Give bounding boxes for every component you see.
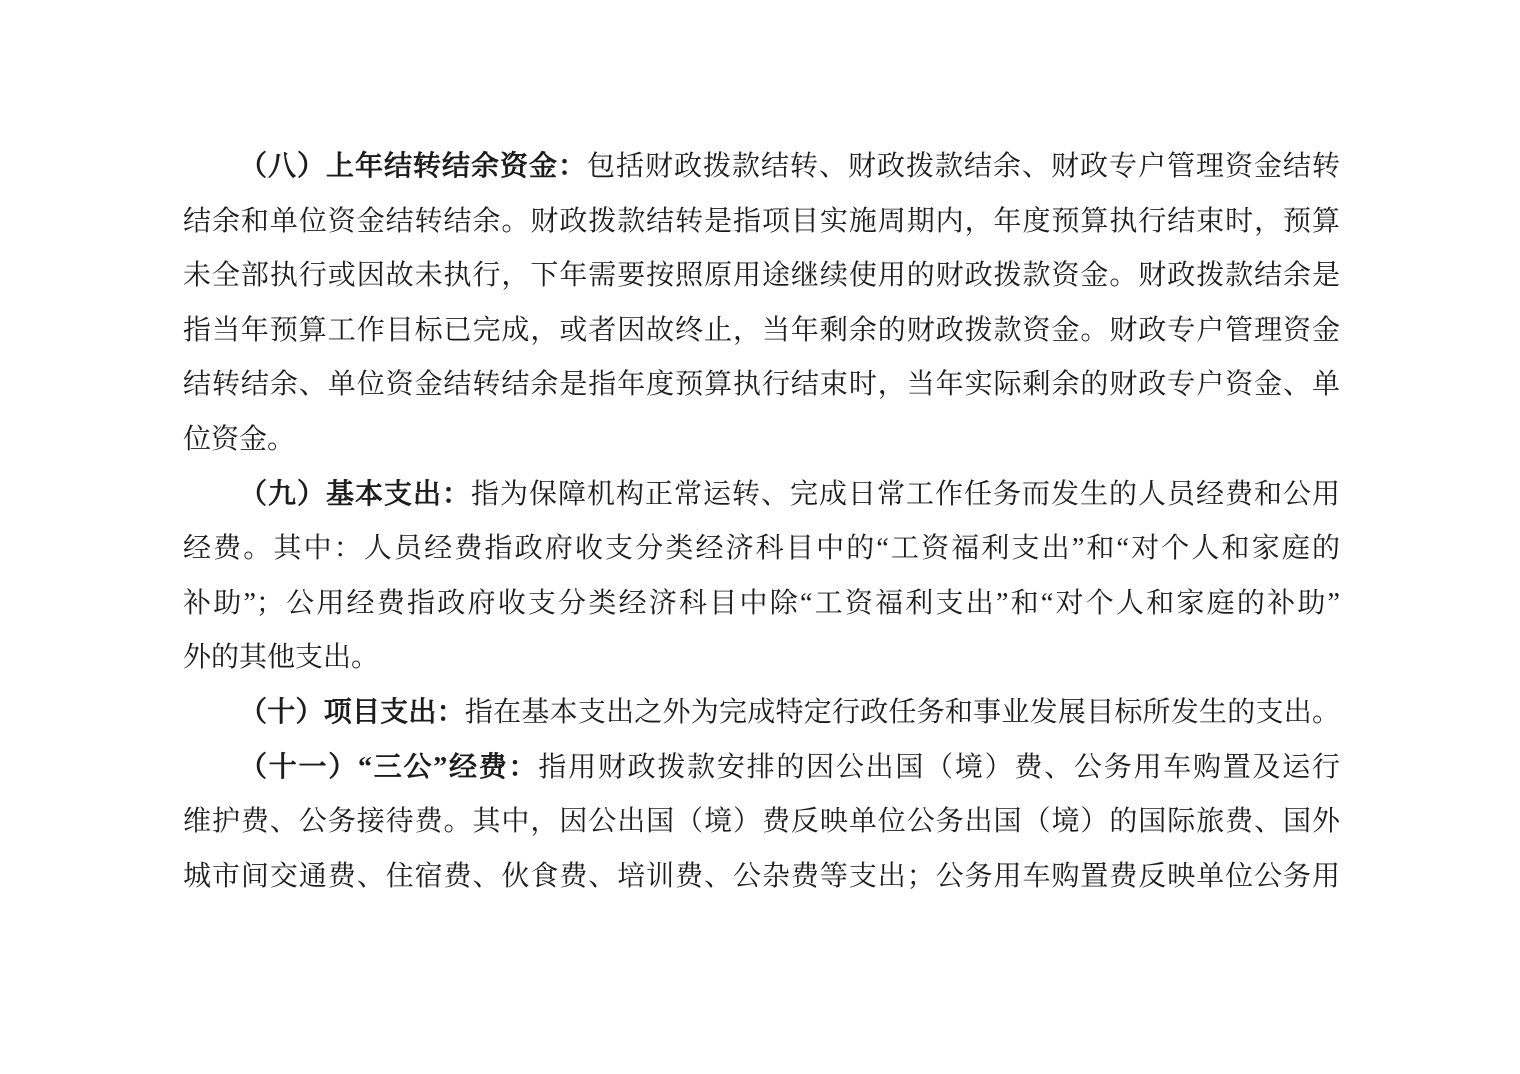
text-line-12: （十一）“三公”经费：指用财政拨款安排的因公出国（境）费、公务用车购置及运行	[183, 741, 1340, 796]
text-line-14: 城市间交通费、住宿费、伙食费、培训费、公杂费等支出；公务用车购置费反映单位公务用	[183, 850, 1340, 905]
paragraph-9-label: （九）基本支出：	[239, 479, 471, 510]
text-line-7: （九）基本支出：指为保障机构正常运转、完成日常工作任务而发生的人员经费和公用	[183, 468, 1340, 523]
text-line-6: 位资金。	[183, 413, 1340, 468]
paragraph-11-label: （十一）“三公”经费：	[239, 752, 538, 783]
text-line-10: 外的其他支出。	[183, 631, 1340, 686]
paragraph-8-label: （八）上年结转结余资金：	[239, 151, 587, 182]
text-line-3: 未全部执行或因故未执行，下年需要按照原用途继续使用的财政拨款资金。财政拨款结余是	[183, 249, 1340, 304]
text-line-1: （八）上年结转结余资金：包括财政拨款结转、财政拨款结余、财政专户管理资金结转	[183, 140, 1340, 195]
paragraph-9-body-line-1: 指为保障机构正常运转、完成日常工作任务而发生的人员经费和公用	[471, 479, 1340, 510]
text-line-4: 指当年预算工作目标已完成，或者因故终止，当年剩余的财政拨款资金。财政专户管理资金	[183, 304, 1340, 359]
paragraph-10-label: （十）项目支出：	[239, 697, 465, 728]
text-line-9: 补助”；公用经费指政府收支分类经济科目中除“工资福利支出”和“对个人和家庭的补助…	[183, 577, 1340, 632]
paragraph-10-body-line-1: 指在基本支出之外为完成特定行政任务和事业发展目标所发生的支出。	[465, 697, 1340, 728]
document-text-block: （八）上年结转结余资金：包括财政拨款结转、财政拨款结余、财政专户管理资金结转 结…	[183, 140, 1340, 904]
text-line-2: 结余和单位资金结转结余。财政拨款结转是指项目实施周期内，年度预算执行结束时，预算	[183, 195, 1340, 250]
paragraph-8-body-line-1: 包括财政拨款结转、财政拨款结余、财政专户管理资金结转	[587, 151, 1340, 182]
text-line-5: 结转结余、单位资金结转结余是指年度预算执行结束时，当年实际剩余的财政专户资金、单	[183, 358, 1340, 413]
text-line-8: 经费。其中：人员经费指政府收支分类经济科目中的“工资福利支出”和“对个人和家庭的	[183, 522, 1340, 577]
text-line-11: （十）项目支出：指在基本支出之外为完成特定行政任务和事业发展目标所发生的支出。	[183, 686, 1340, 741]
document-page: （八）上年结转结余资金：包括财政拨款结转、财政拨款结余、财政专户管理资金结转 结…	[0, 0, 1520, 1074]
paragraph-11-body-line-1: 指用财政拨款安排的因公出国（境）费、公务用车购置及运行	[538, 752, 1340, 783]
text-line-13: 维护费、公务接待费。其中，因公出国（境）费反映单位公务出国（境）的国际旅费、国外	[183, 795, 1340, 850]
